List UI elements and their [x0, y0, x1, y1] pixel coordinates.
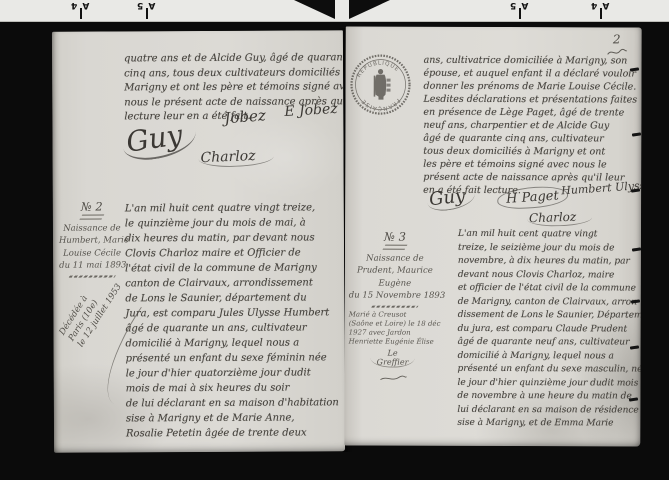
- handwritten-line: novembre, à dix heures du matin, par: [458, 255, 640, 269]
- act3-text: L'an mil huit cent quatre vingttreize, l…: [457, 228, 640, 431]
- handwritten-line: du jura, est comparu Claude Prudent: [458, 322, 640, 336]
- handwritten-line: L'an mil huit cent quatre vingt treize,: [125, 200, 337, 216]
- handwritten-line: donner les prénoms de Marie Louise Cécil…: [424, 80, 642, 94]
- marriage-annotation: Marié à Creusot(Saône et Loire) le 18 dé…: [349, 311, 441, 347]
- signature-guy: Guy: [426, 184, 477, 213]
- handwritten-line: Rosalie Petetin âgée de trente deux: [126, 425, 338, 441]
- handwritten-line: mois de mai à six heures du soir: [126, 380, 338, 396]
- handwritten-line: sise à Marigny et de Marie Anne,: [126, 410, 338, 426]
- republique-francaise-stamp: RÉPUBLIQUE FRANÇAISE: [348, 52, 412, 116]
- ruler-tick: [80, 8, 82, 19]
- handwritten-line: l'état civil de la commune de Marigny: [125, 260, 337, 276]
- handwritten-line: Jura, est comparu Jules Ulysse Humbert: [125, 305, 337, 321]
- ruler-tick: [600, 8, 602, 19]
- ruler-tick: [519, 8, 521, 19]
- handwritten-line: Humbert, Marie: [59, 235, 125, 248]
- handwritten-line: canton de Clairvaux, arrondissement: [125, 275, 337, 291]
- handwritten-line: Prudent, Maurice: [349, 265, 441, 278]
- handwritten-line: lui déclarant en sa maison de résidence: [457, 403, 639, 417]
- register-left-page: quatre ans et de Alcide Guy, âgé de quar…: [52, 30, 345, 453]
- signature-charloz: Charloz: [527, 209, 593, 227]
- handwritten-line: Marié à Creusot: [349, 311, 441, 320]
- handwritten-line: Henriette Eugénie Élise: [349, 338, 441, 347]
- signature-e-jobez: E Jobez: [284, 101, 338, 120]
- act-margin-title: Naissance dePrudent, MauriceEugènedu 15 …: [349, 252, 441, 302]
- greffier-label: Le Greffier: [371, 349, 415, 368]
- act2-continuation-text: ans, cultivatrice domiciliée à Marigny, …: [423, 54, 641, 198]
- handwritten-line: sise à Marigny, et de Emma Marie: [457, 417, 639, 431]
- handwritten-line: Eugène: [349, 277, 441, 290]
- handwritten-line: de lui déclarant en sa maison d'habitati…: [126, 395, 338, 411]
- margin-separator: [371, 306, 418, 308]
- handwritten-line: de Marigny, canton de Clairvaux, arron: [458, 295, 640, 309]
- ruler-mark: A 4: [70, 0, 89, 9]
- handwritten-line: tous deux domiciliés à Marigny et ont: [423, 145, 641, 159]
- handwritten-line: présenté un enfant du sexe féminin née: [126, 350, 338, 366]
- handwritten-line: le jour d'hier quatorzième jour dudit: [126, 365, 338, 381]
- margin-rule: [383, 245, 408, 250]
- handwritten-line: Marigny et ont les père et témoins signé…: [124, 80, 336, 96]
- microfilm-scan: A 4 A 5 A 5 A 4 quatre ans et de Alcide …: [0, 0, 669, 480]
- handwritten-line: devant nous Clovis Charloz, maire: [458, 268, 640, 282]
- ruler-mark: A 5: [509, 0, 528, 9]
- handwritten-line: âgé de quarante cinq ans, cultivateur: [423, 132, 641, 146]
- handwritten-line: dix heures du matin, par devant nous: [125, 230, 337, 246]
- handwritten-line: du 15 Novembre 1893: [349, 289, 441, 302]
- ruler-mark: A 4: [590, 0, 609, 9]
- handwritten-line: de novembre à une heure du matin de: [457, 390, 639, 404]
- handwritten-line: domicilié à Marigny, lequel nous a: [458, 349, 640, 363]
- handwritten-line: Naissance de: [59, 222, 125, 235]
- greffier-signature-icon: [378, 375, 408, 383]
- handwritten-line: Clovis Charloz maire et Officier de: [125, 245, 337, 261]
- handwritten-line: dissement de Lons le Saunier, Départemen…: [458, 309, 640, 323]
- margin-rule: [79, 214, 104, 219]
- handwritten-line: âgé de quarante un ans, cultivateur: [125, 320, 337, 336]
- handwritten-line: treize, le seizième jour du mois de: [458, 241, 640, 255]
- signature-jobez: Jobez: [224, 106, 267, 127]
- handwritten-line: domicilié à Marigny, lequel nous a: [125, 335, 337, 351]
- handwritten-line: Naissance de: [349, 252, 441, 265]
- handwritten-line: (Saône et Loire) le 18 déc: [349, 320, 441, 329]
- stamp-figure-icon: [374, 69, 391, 100]
- register-right-page: 2 RÉPUBLIQUE FRANÇAISE: [344, 26, 641, 446]
- act-number: № 2: [59, 199, 125, 213]
- folio-number-value: 2: [606, 32, 628, 46]
- handwritten-line: le quinzième jour du mois de mai, à: [125, 215, 337, 231]
- fiducial-triangle-icon: [294, 0, 390, 21]
- handwritten-line: et officier de l'état civil de la commun…: [458, 282, 640, 296]
- handwritten-line: Lesdites déclarations et présentations f…: [423, 93, 641, 107]
- act-number: № 3: [349, 229, 441, 243]
- act3-margin-note: № 3 Naissance dePrudent, MauriceEugènedu…: [348, 229, 441, 387]
- handwritten-line: présenté un enfant du sexe masculin, né: [458, 363, 640, 377]
- handwritten-line: neuf ans, charpentier et de Alcide Guy: [423, 119, 641, 133]
- handwritten-line: ans, cultivatrice domiciliée à Marigny, …: [424, 54, 642, 68]
- handwritten-line: cinq ans, tous deux cultivateurs domicil…: [124, 66, 336, 82]
- handwritten-line: en présence de Lège Paget, âgé de trente: [423, 106, 641, 120]
- act2-text: L'an mil huit cent quatre vingt treize,l…: [125, 200, 338, 441]
- microfilm-ruler: A 4 A 5 A 5 A 4: [0, 0, 669, 22]
- handwritten-line: les père et témoins signé avec nous le: [423, 158, 641, 172]
- handwritten-line: de Lons le Saunier, département du: [125, 290, 337, 306]
- handwritten-line: L'an mil huit cent quatre vingt: [458, 228, 640, 242]
- handwritten-line: le jour d'hier quinzième jour dudit mois: [457, 376, 639, 390]
- ruler-mark: A 5: [136, 0, 155, 9]
- handwritten-line: âgé de quarante neuf ans, cultivateur: [458, 336, 640, 350]
- ruler-tick: [146, 8, 148, 19]
- handwritten-line: épouse, et auquel enfant il a déclaré vo…: [424, 67, 642, 81]
- signature-charloz: Charloz: [198, 147, 274, 168]
- handwritten-line: quatre ans et de Alcide Guy, âgé de quar…: [124, 51, 336, 67]
